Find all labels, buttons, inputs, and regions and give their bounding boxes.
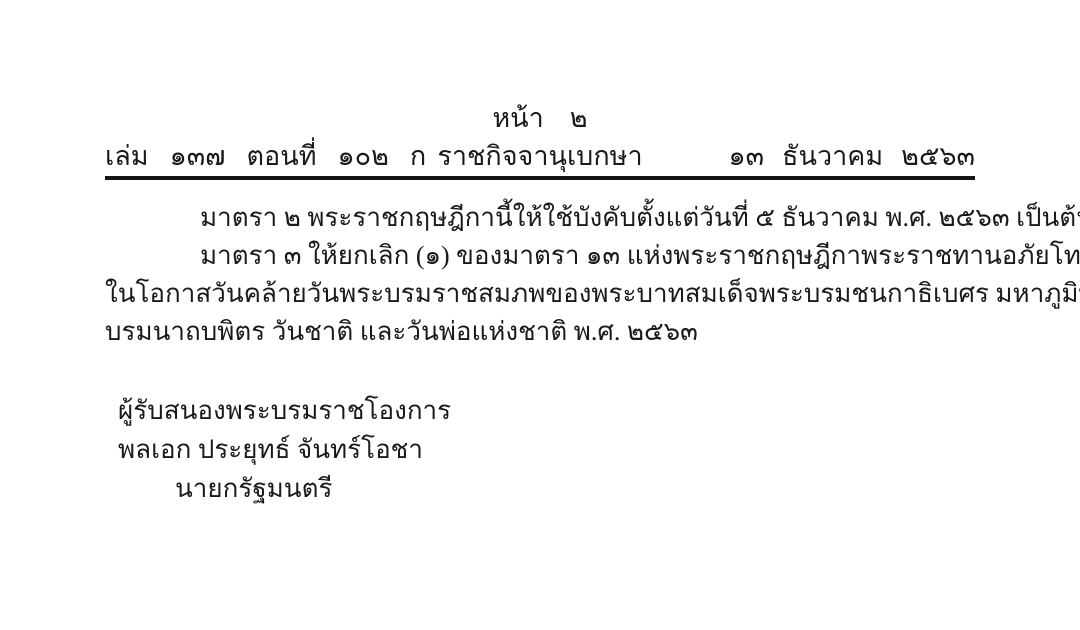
publication-date: ๑๓ ธันวาคม ๒๕๖๓ bbox=[728, 136, 975, 176]
countersign-label: ผู้รับสนองพระบรมราชโองการ bbox=[118, 391, 451, 430]
page-number: ๒ bbox=[570, 98, 588, 138]
volume-label: เล่ม bbox=[105, 136, 149, 176]
document-body: มาตรา ๒ พระราชกฤษฎีกานี้ให้ใช้บังคับตั้ง… bbox=[105, 199, 975, 351]
part-section: ก bbox=[410, 136, 426, 176]
signature-block: ผู้รับสนองพระบรมราชโองการ พลเอก ประยุทธ์… bbox=[118, 391, 451, 508]
body-line-continuation-1: ในโอกาสวันคล้ายวันพระบรมราชสมภพของพระบาท… bbox=[105, 275, 975, 313]
page-label: หน้า bbox=[492, 98, 543, 138]
signer-title: นายกรัฐมนตรี bbox=[118, 469, 451, 508]
date-day: ๑๓ bbox=[728, 136, 764, 176]
part-number: ๑๐๒ bbox=[338, 136, 389, 176]
gazette-page: หน้า ๒ เล่ม ๑๓๗ ตอนที่ ๑๐๒ ก ราชกิจจานุเ… bbox=[0, 0, 1080, 630]
body-line-section-2: มาตรา ๒ พระราชกฤษฎีกานี้ให้ใช้บังคับตั้ง… bbox=[105, 199, 975, 237]
date-month: ธันวาคม bbox=[782, 136, 883, 176]
volume-issue: เล่ม ๑๓๗ ตอนที่ ๑๐๒ ก bbox=[105, 136, 426, 176]
date-year: ๒๕๖๓ bbox=[901, 136, 975, 176]
gazette-header-row: เล่ม ๑๓๗ ตอนที่ ๑๐๒ ก ราชกิจจานุเบกษา ๑๓… bbox=[105, 136, 975, 176]
part-label: ตอนที่ bbox=[246, 136, 316, 176]
volume-number: ๑๓๗ bbox=[170, 136, 226, 176]
gazette-title: ราชกิจจานุเบกษา bbox=[437, 136, 642, 176]
body-line-section-3: มาตรา ๓ ให้ยกเลิก (๑) ของมาตรา ๑๓ แห่งพร… bbox=[105, 237, 975, 275]
signer-name: พลเอก ประยุทธ์ จันทร์โอชา bbox=[118, 430, 451, 469]
body-line-continuation-2: บรมนาถบพิตร วันชาติ และวันพ่อแห่งชาติ พ.… bbox=[105, 313, 975, 351]
page-number-row: หน้า ๒ bbox=[105, 98, 975, 138]
header-divider bbox=[105, 176, 975, 180]
